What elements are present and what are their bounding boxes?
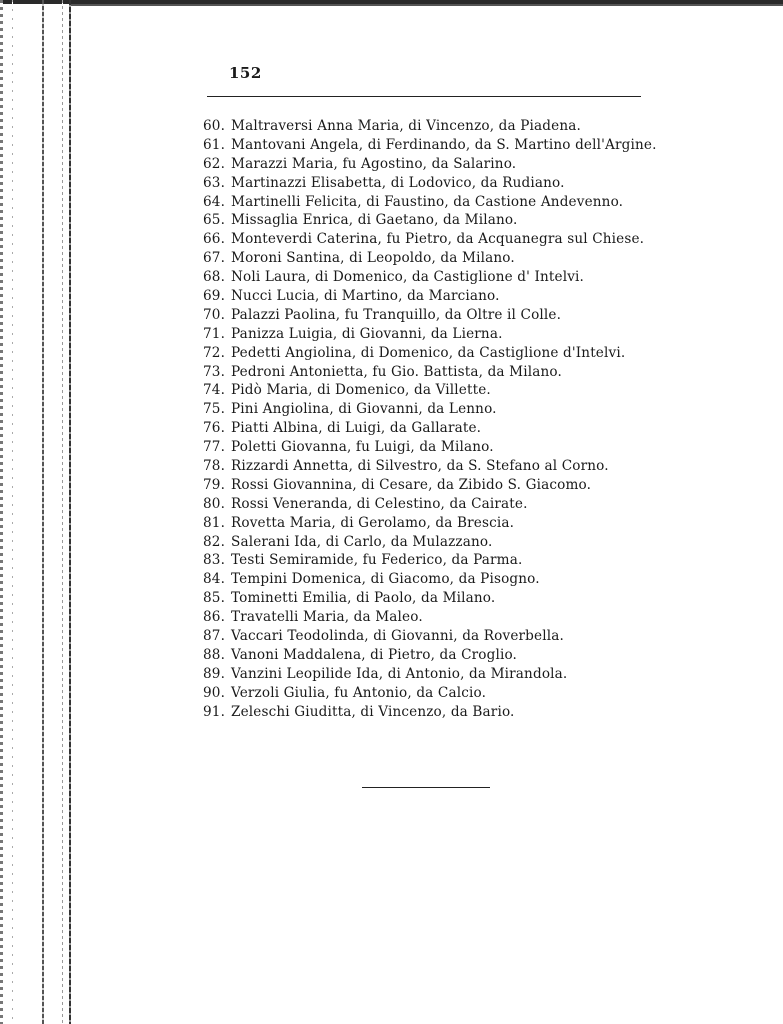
entry-number: 80. [203, 495, 231, 514]
entry-text: Tominetti Emilia, di Paolo, da Milano. [231, 590, 495, 606]
entry-number: 75. [203, 400, 231, 419]
list-item: 80.Rossi Veneranda, di Celestino, da Cai… [203, 495, 657, 514]
entry-number: 77. [203, 438, 231, 457]
list-item: 86.Travatelli Maria, da Maleo. [203, 608, 657, 627]
entry-number: 71. [203, 325, 231, 344]
binding-margin-line [62, 0, 63, 1024]
entry-number: 83. [203, 551, 231, 570]
entry-number: 69. [203, 287, 231, 306]
entry-number: 70. [203, 306, 231, 325]
list-item: 85.Tominetti Emilia, di Paolo, da Milano… [203, 589, 657, 608]
entry-number: 78. [203, 457, 231, 476]
entry-number: 64. [203, 193, 231, 212]
entry-text: Pini Angiolina, di Giovanni, da Lenno. [231, 401, 497, 417]
list-item: 61.Mantovani Angela, di Ferdinando, da S… [203, 136, 657, 155]
entry-number: 90. [203, 684, 231, 703]
entry-text: Pedetti Angiolina, di Domenico, da Casti… [231, 345, 625, 361]
entry-text: Martinazzi Elisabetta, di Lodovico, da R… [231, 175, 565, 191]
binding-margin-line [69, 0, 71, 1024]
binding-margin-line [0, 0, 3, 1024]
entry-number: 67. [203, 249, 231, 268]
entry-number: 73. [203, 363, 231, 382]
list-item: 75.Pini Angiolina, di Giovanni, da Lenno… [203, 400, 657, 419]
entry-text: Marazzi Maria, fu Agostino, da Salarino. [231, 156, 516, 172]
entry-text: Monteverdi Caterina, fu Pietro, da Acqua… [231, 231, 644, 247]
entry-number: 66. [203, 230, 231, 249]
entry-number: 72. [203, 344, 231, 363]
entry-text: Piatti Albina, di Luigi, da Gallarate. [231, 420, 481, 436]
list-item: 67.Moroni Santina, di Leopoldo, da Milan… [203, 249, 657, 268]
entry-text: Verzoli Giulia, fu Antonio, da Calcio. [231, 685, 486, 701]
list-item: 78.Rizzardi Annetta, di Silvestro, da S.… [203, 457, 657, 476]
entry-text: Rizzardi Annetta, di Silvestro, da S. St… [231, 458, 609, 474]
list-item: 66.Monteverdi Caterina, fu Pietro, da Ac… [203, 230, 657, 249]
entry-number: 63. [203, 174, 231, 193]
entry-text: Rovetta Maria, di Gerolamo, da Brescia. [231, 515, 514, 531]
entry-number: 62. [203, 155, 231, 174]
entry-text: Rossi Giovannina, di Cesare, da Zibido S… [231, 477, 591, 493]
list-item: 70.Palazzi Paolina, fu Tranquillo, da Ol… [203, 306, 657, 325]
entry-text: Tempini Domenica, di Giacomo, da Pisogno… [231, 571, 540, 587]
list-item: 71.Panizza Luigia, di Giovanni, da Liern… [203, 325, 657, 344]
entry-number: 85. [203, 589, 231, 608]
entry-number: 61. [203, 136, 231, 155]
entry-text: Vanzini Leopilide Ida, di Antonio, da Mi… [231, 666, 567, 682]
entry-number: 89. [203, 665, 231, 684]
entry-text: Moroni Santina, di Leopoldo, da Milano. [231, 250, 515, 266]
binding-margin-line [42, 0, 44, 1024]
entry-text: Poletti Giovanna, fu Luigi, da Milano. [231, 439, 494, 455]
entry-text: Vanoni Maddalena, di Pietro, da Croglio. [231, 647, 517, 663]
entry-text: Panizza Luigia, di Giovanni, da Lierna. [231, 326, 503, 342]
list-item: 76.Piatti Albina, di Luigi, da Gallarate… [203, 419, 657, 438]
list-item: 89.Vanzini Leopilide Ida, di Antonio, da… [203, 665, 657, 684]
list-item: 64.Martinelli Felicita, di Faustino, da … [203, 193, 657, 212]
list-item: 83.Testi Semiramide, fu Federico, da Par… [203, 551, 657, 570]
list-item: 77.Poletti Giovanna, fu Luigi, da Milano… [203, 438, 657, 457]
binding-margin-line [12, 0, 13, 1024]
entry-text: Nucci Lucia, di Martino, da Marciano. [231, 288, 500, 304]
list-item: 87.Vaccari Teodolinda, di Giovanni, da R… [203, 627, 657, 646]
list-item: 79.Rossi Giovannina, di Cesare, da Zibid… [203, 476, 657, 495]
entry-number: 82. [203, 533, 231, 552]
scan-top-edge-shadow [70, 4, 783, 6]
list-item: 82.Salerani Ida, di Carlo, da Mulazzano. [203, 533, 657, 552]
entry-text: Travatelli Maria, da Maleo. [231, 609, 423, 625]
entry-text: Maltraversi Anna Maria, di Vincenzo, da … [231, 118, 581, 134]
list-item: 88.Vanoni Maddalena, di Pietro, da Crogl… [203, 646, 657, 665]
entry-text: Palazzi Paolina, fu Tranquillo, da Oltre… [231, 307, 561, 323]
list-item: 68.Noli Laura, di Domenico, da Castiglio… [203, 268, 657, 287]
entry-number: 87. [203, 627, 231, 646]
entry-text: Salerani Ida, di Carlo, da Mulazzano. [231, 534, 492, 550]
name-list: 60.Maltraversi Anna Maria, di Vincenzo, … [203, 117, 657, 722]
list-item: 65.Missaglia Enrica, di Gaetano, da Mila… [203, 211, 657, 230]
page-number: 152 [229, 64, 262, 82]
entry-text: Testi Semiramide, fu Federico, da Parma. [231, 552, 522, 568]
end-rule [362, 787, 490, 788]
header-rule [207, 96, 641, 97]
list-item: 74.Pidò Maria, di Domenico, da Villette. [203, 381, 657, 400]
entry-number: 91. [203, 703, 231, 722]
entry-text: Missaglia Enrica, di Gaetano, da Milano. [231, 212, 517, 228]
list-item: 90.Verzoli Giulia, fu Antonio, da Calcio… [203, 684, 657, 703]
list-item: 72.Pedetti Angiolina, di Domenico, da Ca… [203, 344, 657, 363]
entry-text: Rossi Veneranda, di Celestino, da Cairat… [231, 496, 528, 512]
entry-number: 74. [203, 381, 231, 400]
entry-number: 88. [203, 646, 231, 665]
entry-number: 76. [203, 419, 231, 438]
list-item: 63.Martinazzi Elisabetta, di Lodovico, d… [203, 174, 657, 193]
entry-text: Mantovani Angela, di Ferdinando, da S. M… [231, 137, 657, 153]
list-item: 73.Pedroni Antonietta, fu Gio. Battista,… [203, 363, 657, 382]
entry-number: 79. [203, 476, 231, 495]
entry-text: Pedroni Antonietta, fu Gio. Battista, da… [231, 364, 562, 380]
entry-number: 84. [203, 570, 231, 589]
entry-number: 68. [203, 268, 231, 287]
entry-text: Vaccari Teodolinda, di Giovanni, da Rove… [231, 628, 564, 644]
entry-number: 86. [203, 608, 231, 627]
entry-text: Martinelli Felicita, di Faustino, da Cas… [231, 194, 623, 210]
entry-text: Noli Laura, di Domenico, da Castiglione … [231, 269, 584, 285]
list-item: 69.Nucci Lucia, di Martino, da Marciano. [203, 287, 657, 306]
entry-text: Zeleschi Giuditta, di Vincenzo, da Bario… [231, 704, 515, 720]
list-item: 62.Marazzi Maria, fu Agostino, da Salari… [203, 155, 657, 174]
entry-number: 81. [203, 514, 231, 533]
list-item: 84.Tempini Domenica, di Giacomo, da Piso… [203, 570, 657, 589]
list-item: 81.Rovetta Maria, di Gerolamo, da Bresci… [203, 514, 657, 533]
entry-text: Pidò Maria, di Domenico, da Villette. [231, 382, 491, 398]
entry-number: 60. [203, 117, 231, 136]
list-item: 91.Zeleschi Giuditta, di Vincenzo, da Ba… [203, 703, 657, 722]
entry-number: 65. [203, 211, 231, 230]
list-item: 60.Maltraversi Anna Maria, di Vincenzo, … [203, 117, 657, 136]
